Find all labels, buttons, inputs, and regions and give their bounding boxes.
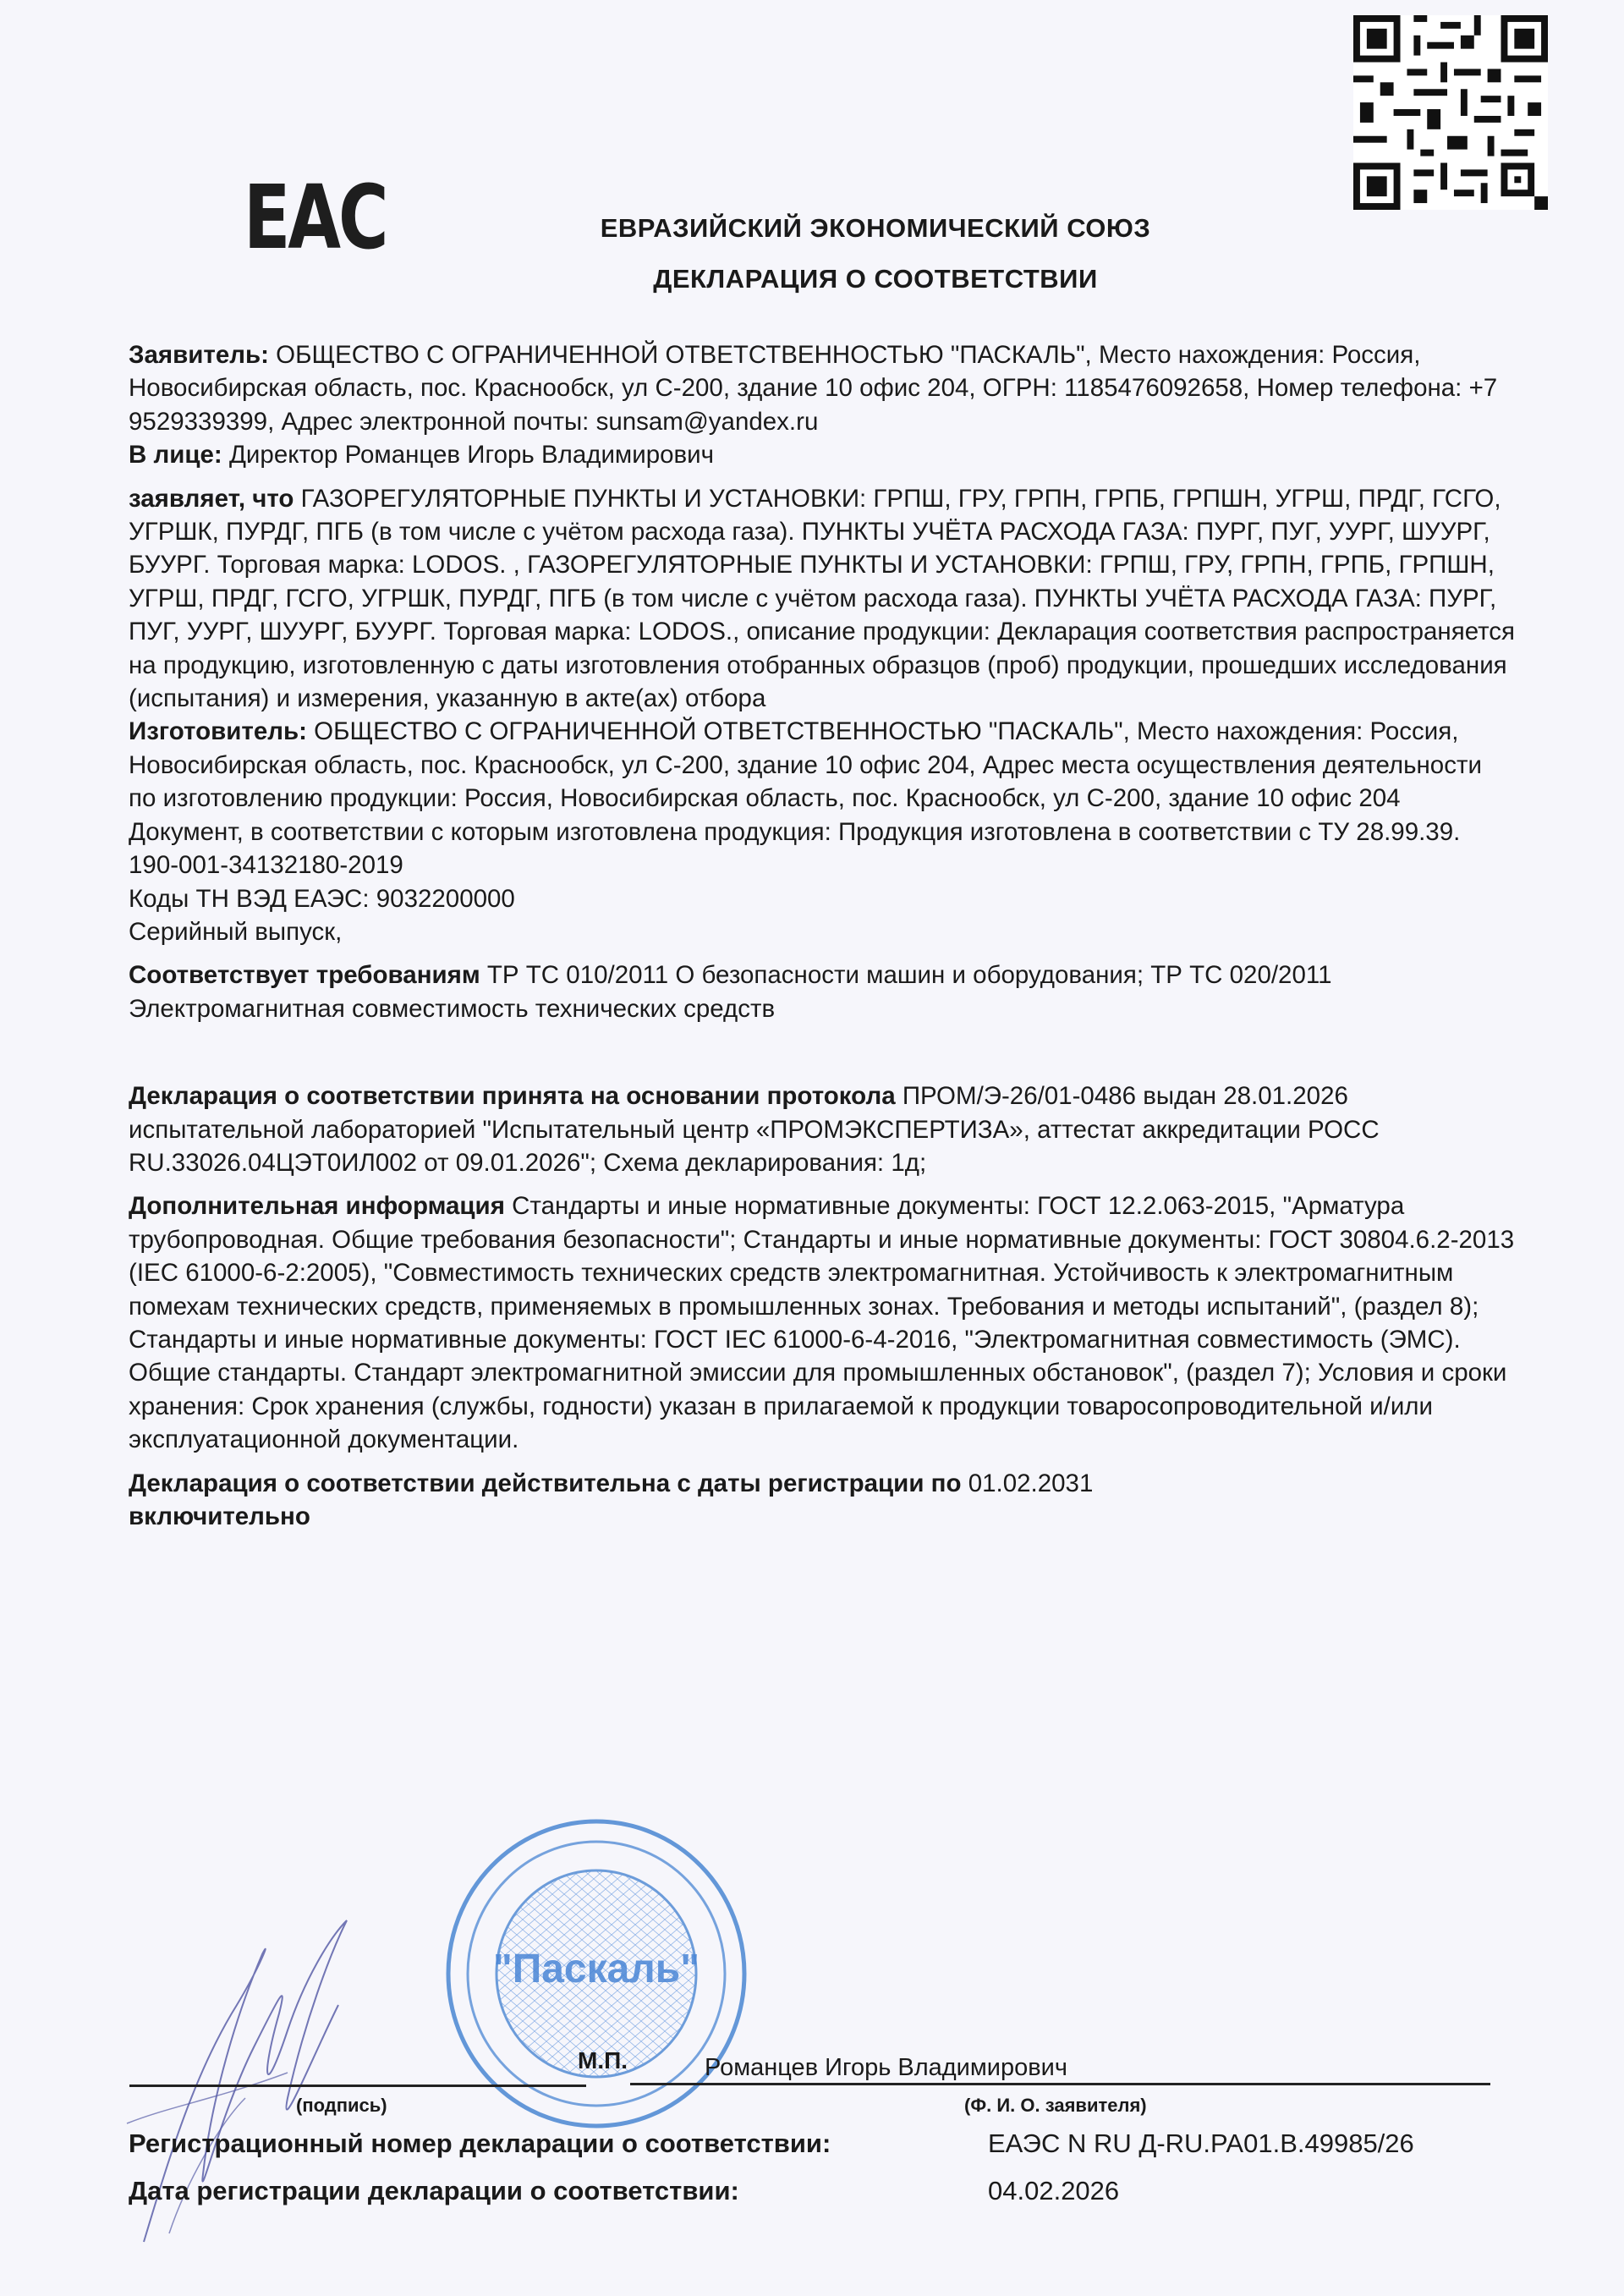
applicant-label: Заявитель:	[129, 341, 269, 369]
registration-number-label: Регистрационный номер декларации о соотв…	[129, 2128, 831, 2159]
applicant-text: ОБЩЕСТВО С ОГРАНИЧЕННОЙ ОТВЕТСТВЕННОСТЬЮ…	[129, 341, 1497, 436]
signer-name: Романцев Игорь Владимирович	[705, 2054, 1067, 2082]
validity-suffix: включительно	[129, 1502, 310, 1530]
registration-date-label: Дата регистрации декларации о соответств…	[129, 2176, 739, 2206]
manufacturer-text: ОБЩЕСТВО С ОГРАНИЧЕННОЙ ОТВЕТСТВЕННОСТЬЮ…	[129, 717, 1482, 812]
registration-number-value: ЕАЭС N RU Д-RU.PA01.B.49985/26	[988, 2128, 1414, 2159]
union-title: ЕВРАЗИЙСКИЙ ЭКОНОМИЧЕСКИЙ СОЮЗ	[0, 213, 1624, 244]
declaration-body: Заявитель: ОБЩЕСТВО С ОГРАНИЧЕННОЙ ОТВЕТ…	[129, 338, 1516, 1533]
registration-date-value: 04.02.2026	[988, 2176, 1119, 2206]
document-title: ДЕКЛАРАЦИЯ О СООТВЕТСТВИИ	[0, 264, 1624, 294]
qr-code-icon[interactable]	[1353, 15, 1548, 210]
signature-caption: (подпись)	[296, 2095, 387, 2117]
additional-info-label: Дополнительная информация	[129, 1192, 505, 1220]
manufacturer-section: Изготовитель: ОБЩЕСТВО С ОГРАНИЧЕННОЙ ОТ…	[129, 715, 1516, 815]
validity-date: 01.02.2031	[968, 1469, 1094, 1497]
name-line	[630, 2083, 1490, 2085]
name-caption: (Ф. И. О. заявителя)	[964, 2095, 1147, 2117]
represented-by-section: В лице: Директор Романцев Игорь Владимир…	[129, 438, 1516, 471]
basis-label: Декларация о соответствии принята на осн…	[129, 1082, 896, 1110]
hs-codes: Коды ТН ВЭД ЕАЭС: 9032200000	[129, 882, 1516, 915]
represented-by-label: В лице:	[129, 441, 222, 469]
conforms-label: Соответствует требованиям	[129, 961, 480, 989]
validity-section: Декларация о соответствии действительна …	[129, 1467, 1516, 1534]
production-document: Документ, в соответствии с которым изгот…	[129, 816, 1516, 882]
declares-section: заявляет, что ГАЗОРЕГУЛЯТОРНЫЕ ПУНКТЫ И …	[129, 482, 1516, 716]
conforms-section: Соответствует требованиям ТР ТС 010/2011…	[129, 958, 1516, 1025]
additional-info-text: Стандарты и иные нормативные документы: …	[129, 1192, 1514, 1453]
additional-info-section: Дополнительная информация Стандарты и ин…	[129, 1189, 1516, 1456]
basis-section: Декларация о соответствии принята на осн…	[129, 1079, 1516, 1179]
declares-text: ГАЗОРЕГУЛЯТОРНЫЕ ПУНКТЫ И УСТАНОВКИ: ГРП…	[129, 485, 1515, 712]
signature-line	[129, 2085, 586, 2087]
stamp-place-label: М.П.	[578, 2047, 628, 2074]
represented-by-text: Директор Романцев Игорь Владимирович	[229, 441, 714, 469]
serial-release: Серийный выпуск,	[129, 915, 1516, 948]
declaration-page: ЕАС ЕВРАЗИЙСКИЙ ЭКОНОМИЧЕСКИЙ СОЮЗ ДЕКЛА…	[0, 0, 1624, 2296]
applicant-section: Заявитель: ОБЩЕСТВО С ОГРАНИЧЕННОЙ ОТВЕТ…	[129, 338, 1516, 438]
svg-text:"Паскаль": "Паскаль"	[493, 1947, 700, 1991]
validity-label: Декларация о соответствии действительна …	[129, 1469, 962, 1497]
declares-label: заявляет, что	[129, 485, 294, 513]
manufacturer-label: Изготовитель:	[129, 717, 307, 745]
